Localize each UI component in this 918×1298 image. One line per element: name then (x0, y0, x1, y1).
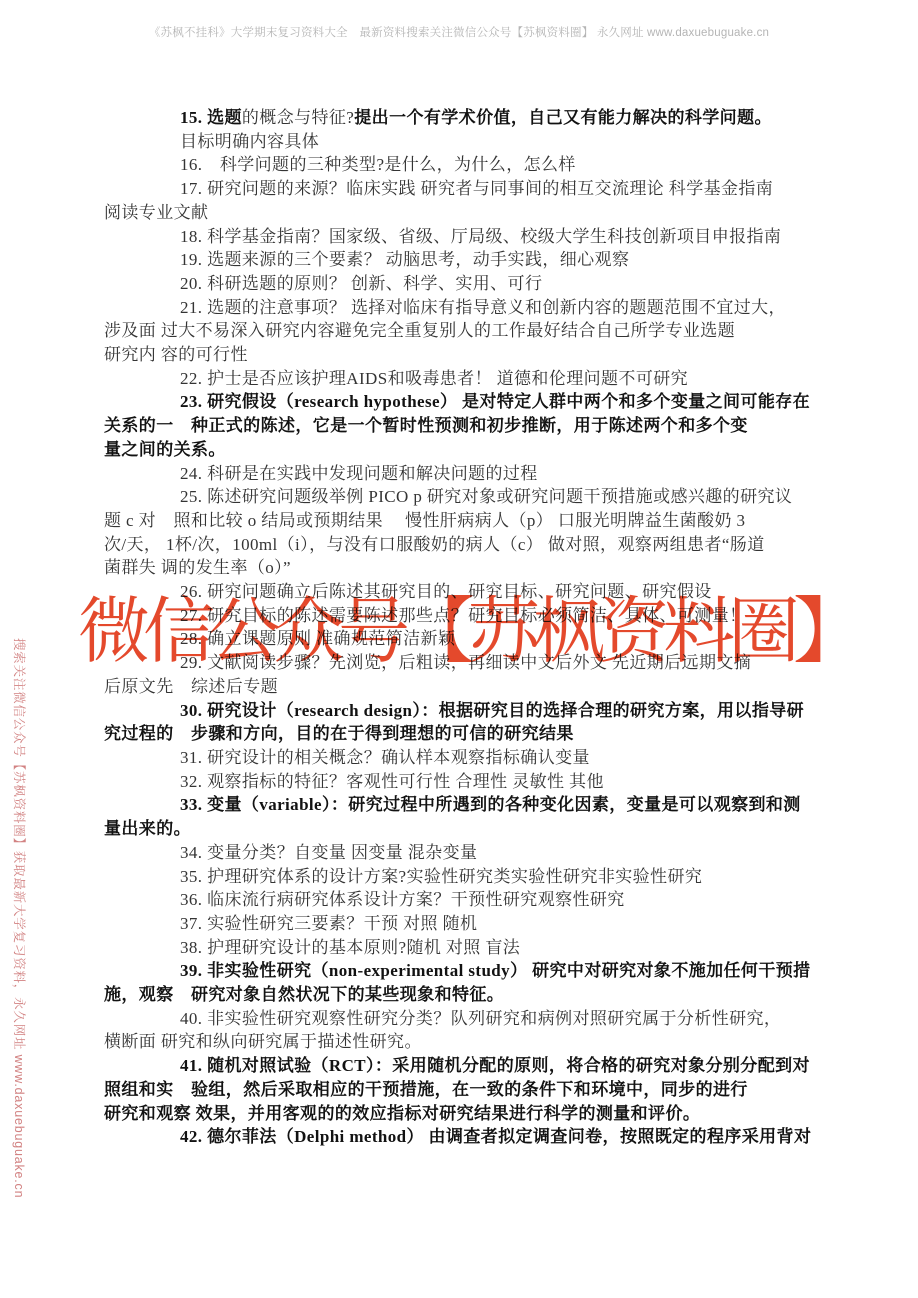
doc-line: 33. 变量（variable）：研究过程中所遇到的各种变化因素，变量是可以观察… (104, 793, 818, 817)
doc-line: 施，观察 研究对象自然状况下的某些现象和特征。 (104, 983, 818, 1007)
doc-line: 35. 护理研究体系的设计方案?实验性研究类实验性研究非实验性研究 (104, 865, 818, 889)
doc-line: 32. 观察指标的特征？客观性可行性 合理性 灵敏性 其他 (104, 770, 818, 794)
doc-line-15: 15. 选题的概念与特征?提出一个有学术价值，自己又有能力解决的科学问题。 (104, 106, 818, 130)
doc-line: 21. 选题的注意事项？ 选择对临床有指导意义和创新内容的题题范围不宜过大， (104, 296, 818, 320)
doc-line-15-answer: 提出一个有学术价值，自己又有能力解决的科学问题。 (354, 108, 772, 127)
doc-line: 20. 科研选题的原则？ 创新、科学、实用、可行 (104, 272, 818, 296)
doc-line-15-question: 的概念与特征? (242, 108, 354, 127)
doc-line: 40. 非实验性研究观察性研究分类？队列研究和病例对照研究属于分析性研究， (104, 1007, 818, 1031)
doc-line: 涉及面 过大不易深入研究内容避免完全重复别人的工作最好结合自己所学专业选题 (104, 319, 818, 343)
doc-line: 39. 非实验性研究（non-experimental study） 研究中对研… (104, 959, 818, 983)
doc-line: 研究和观察 效果，并用客观的的效应指标对研究结果进行科学的测量和评价。 (104, 1102, 818, 1126)
doc-line: 30. 研究设计（research design）：根据研究目的选择合理的研究方… (104, 699, 818, 723)
doc-line: 次/天， 1杯/次，100ml（i），与没有口服酸奶的病人（c） 做对照，观察两… (104, 533, 818, 557)
doc-line: 16. 科学问题的三种类型?是什么，为什么，怎么样 (104, 153, 818, 177)
side-vertical-watermark-text: 搜索关注微信公众号【苏枫资料圈】获取最新大学复习资料，永久网址 www.daxu… (11, 638, 29, 1198)
doc-line: 关系的一 种正式的陈述，它是一个暂时性预测和初步推断，用于陈述两个和多个变 (104, 414, 818, 438)
wechat-watermark-text: 微信公众号【苏枫资料圈】 (78, 592, 838, 672)
doc-line: 42. 德尔菲法（Delphi method） 由调查者拟定调查问卷，按照既定的… (104, 1125, 818, 1149)
doc-line: 菌群失 调的发生率（o）” (104, 556, 818, 580)
doc-line: 横断面 研究和纵向研究属于描述性研究。 (104, 1030, 818, 1054)
doc-line: 研究内 容的可行性 (104, 343, 818, 367)
doc-line: 41. 随机对照试验（RCT）：采用随机分配的原则，将合格的研究对象分别分配到对 (104, 1054, 818, 1078)
doc-line: 25. 陈述研究问题级举例 PICO p 研究对象或研究问题干预措施或感兴趣的研… (104, 485, 818, 509)
doc-line: 31. 研究设计的相关概念？确认样本观察指标确认变量 (104, 746, 818, 770)
doc-line: 37. 实验性研究三要素？干预 对照 随机 (104, 912, 818, 936)
doc-line: 24. 科研是在实践中发现问题和解决问题的过程 (104, 462, 818, 486)
doc-line: 量之间的关系。 (104, 438, 818, 462)
doc-line: 目标明确内容具体 (104, 130, 818, 154)
doc-line: 18. 科学基金指南？国家级、省级、厅局级、校级大学生科技创新项目申报指南 (104, 225, 818, 249)
doc-line: 17. 研究问题的来源？临床实践 研究者与同事间的相互交流理论 科学基金指南 (104, 177, 818, 201)
doc-line-15-number-term: 15. 选题 (180, 108, 242, 127)
doc-line: 照组和实 验组，然后采取相应的干预措施，在一致的条件下和环境中，同步的进行 (104, 1078, 818, 1102)
doc-line: 34. 变量分类？自变量 因变量 混杂变量 (104, 841, 818, 865)
doc-line: 36. 临床流行病研究体系设计方案？干预性研究观察性研究 (104, 888, 818, 912)
doc-line: 题 c 对 照和比较 o 结局或预期结果 慢性肝病病人（p） 口服光明牌益生菌酸… (104, 509, 818, 533)
doc-line: 23. 研究假设（research hypothese） 是对特定人群中两个和多… (104, 390, 818, 414)
document-page: 《苏枫不挂科》大学期末复习资料大全 最新资料搜索关注微信公众号【苏枫资料圈】 永… (0, 0, 918, 1298)
page-header-note: 《苏枫不挂科》大学期末复习资料大全 最新资料搜索关注微信公众号【苏枫资料圈】 永… (0, 24, 918, 40)
doc-line: 38. 护理研究设计的基本原则?随机 对照 盲法 (104, 936, 818, 960)
doc-line: 19. 选题来源的三个要素？ 动脑思考，动手实践，细心观察 (104, 248, 818, 272)
doc-line: 阅读专业文献 (104, 201, 818, 225)
doc-line: 究过程的 步骤和方向，目的在于得到理想的可信的研究结果 (104, 722, 818, 746)
doc-line: 后原文先 综述后专题 (104, 675, 818, 699)
doc-line: 22. 护士是否应该护理AIDS和吸毒患者！ 道德和伦理问题不可研究 (104, 367, 818, 391)
doc-line: 量出来的。 (104, 817, 818, 841)
